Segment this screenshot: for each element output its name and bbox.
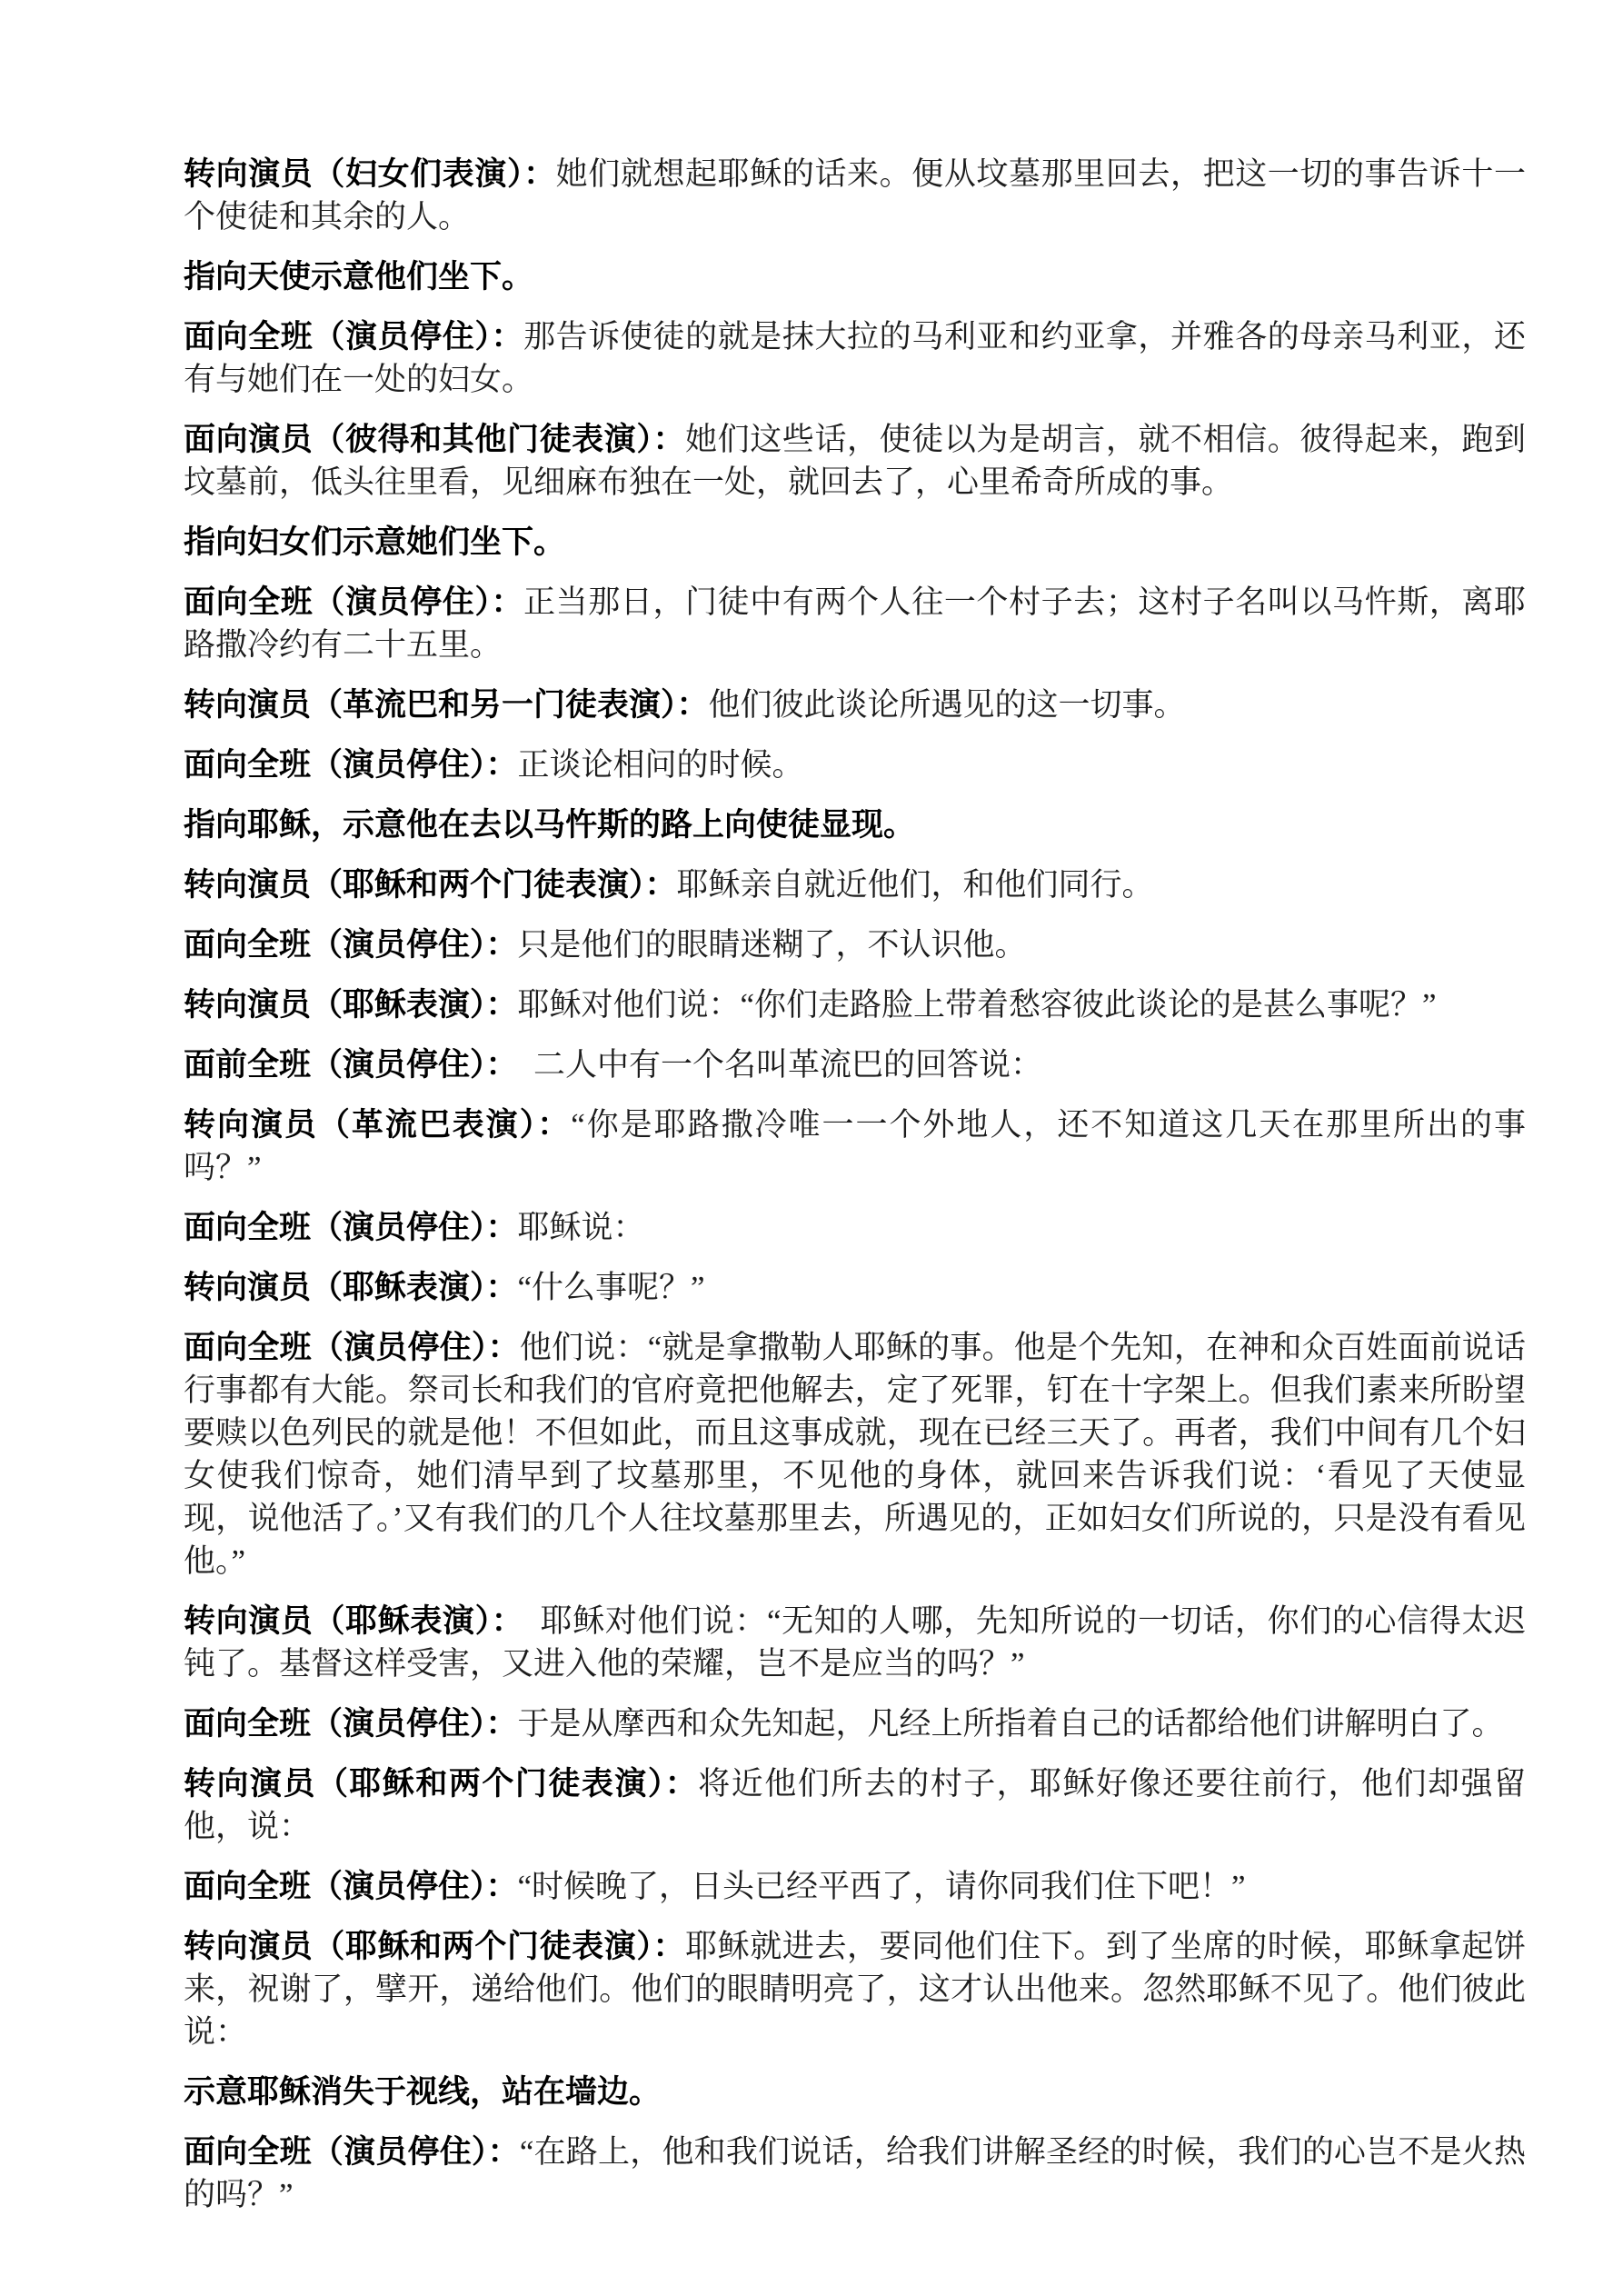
script-paragraph: 面向全班（演员停住）：“在路上，他和我们说话，给我们讲解圣经的时候，我们的心岂不… [184, 2131, 1526, 2216]
script-paragraph: 转向演员（耶稣表演）：“什么事呢？” [184, 1266, 1526, 1309]
cue-label: 转向演员（耶稣和两个门徒表演）： [184, 1766, 698, 1802]
cue-label: 面向全班（演员停住）： [184, 319, 523, 354]
cue-label: 面向全班（演员停住）： [184, 1869, 518, 1904]
script-paragraph: 转向演员（革流巴表演）：“你是耶路撒冷唯一一个外地人，还不知道这几天在那里所出的… [184, 1103, 1526, 1189]
script-paragraph: 面向全班（演员停住）：那告诉使徒的就是抹大拉的马利亚和约亚拿，并雅各的母亲马利亚… [184, 315, 1526, 401]
stage-direction-line: 示意耶稣消失于视线，站在墙边。 [184, 2071, 1526, 2113]
script-paragraph: 面向全班（演员停住）：只是他们的眼睛迷糊了，不认识他。 [184, 923, 1526, 966]
cue-label: 面向演员（彼得和其他门徒表演）： [184, 422, 685, 457]
cue-label: 转向演员（革流巴表演）： [184, 1107, 571, 1143]
narration-text: “什么事呢？” [518, 1270, 705, 1305]
script-paragraph: 面向全班（演员停住）：正谈论相问的时候。 [184, 744, 1526, 786]
script-paragraph: 转向演员（耶稣表演）： 耶稣对他们说：“无知的人哪，先知所说的一切话，你们的心信… [184, 1600, 1526, 1685]
cue-label: 转向演员（耶稣表演）： [184, 1603, 508, 1639]
document-page: 转向演员（妇女们表演）：她们就想起耶稣的话来。便从坟墓那里回去，把这一切的事告诉… [0, 0, 1623, 2296]
stage-direction-line: 指向天使示意他们坐下。 [184, 255, 1526, 298]
script-paragraph: 面向全班（演员停住）：“时候晚了，日头已经平西了，请你同我们住下吧！” [184, 1865, 1526, 1908]
stage-direction-text: 指向耶稣，示意他在去以马忤斯的路上向使徒显现。 [184, 807, 915, 843]
cue-label: 面向全班（演员停住）： [184, 1210, 518, 1245]
script-paragraph: 面前全班（演员停住）： 二人中有一个名叫革流巴的回答说： [184, 1043, 1526, 1086]
cue-label: 面向全班（演员停住）： [184, 2134, 520, 2170]
script-paragraph: 面向演员（彼得和其他门徒表演）：她们这些话，使徒以为是胡言，就不相信。彼得起来，… [184, 418, 1526, 504]
stage-direction-line: 指向耶稣，示意他在去以马忤斯的路上向使徒显现。 [184, 804, 1526, 846]
script-paragraph: 转向演员（耶稣和两个门徒表演）：将近他们所去的村子，耶稣好像还要往前行，他们却强… [184, 1762, 1526, 1848]
script-content: 转向演员（妇女们表演）：她们就想起耶稣的话来。便从坟墓那里回去，把这一切的事告诉… [184, 153, 1526, 2233]
cue-label: 转向演员（革流巴和另一门徒表演）： [184, 687, 709, 723]
cue-label: 转向演员（妇女们表演）： [184, 156, 556, 192]
script-paragraph: 面向全班（演员停住）：于是从摩西和众先知起，凡经上所指着自己的话都给他们讲解明白… [184, 1702, 1526, 1745]
cue-label: 面向全班（演员停住）： [184, 1330, 520, 1365]
stage-direction-line: 指向妇女们示意她们坐下。 [184, 521, 1526, 564]
narration-text: 于是从摩西和众先知起，凡经上所指着自己的话都给他们讲解明白了。 [518, 1706, 1504, 1742]
cue-label: 面向全班（演员停住）： [184, 927, 518, 963]
narration-text: 耶稣亲自就近他们，和他们同行。 [677, 867, 1154, 903]
cue-label: 面向全班（演员停住）： [184, 747, 518, 783]
script-paragraph: 转向演员（耶稣和两个门徒表演）：耶稣亲自就近他们，和他们同行。 [184, 863, 1526, 906]
script-paragraph: 转向演员（妇女们表演）：她们就想起耶稣的话来。便从坟墓那里回去，把这一切的事告诉… [184, 153, 1526, 238]
narration-text: 他们彼此谈论所遇见的这一切事。 [709, 687, 1186, 723]
script-paragraph: 转向演员（革流巴和另一门徒表演）：他们彼此谈论所遇见的这一切事。 [184, 684, 1526, 726]
narration-text: 耶稣说： [518, 1210, 645, 1245]
cue-label: 转向演员（耶稣和两个门徒表演）： [184, 867, 677, 903]
narration-text: 只是他们的眼睛迷糊了，不认识他。 [518, 927, 1027, 963]
cue-label: 面向全班（演员停住）： [184, 1706, 518, 1742]
cue-label: 面向全班（演员停住）： [184, 584, 523, 620]
cue-label: 面前全班（演员停住）： [184, 1047, 502, 1083]
narration-text: “时候晚了，日头已经平西了，请你同我们住下吧！” [518, 1869, 1246, 1904]
script-paragraph: 转向演员（耶稣表演）：耶稣对他们说：“你们走路脸上带着愁容彼此谈论的是甚么事呢？… [184, 983, 1526, 1026]
narration-text: 二人中有一个名叫革流巴的回答说： [502, 1047, 1042, 1083]
cue-label: 转向演员（耶稣表演）： [184, 1270, 518, 1305]
script-paragraph: 面向全班（演员停住）：他们说：“就是拿撒勒人耶稣的事。他是个先知，在神和众百姓面… [184, 1326, 1526, 1582]
stage-direction-text: 指向妇女们示意她们坐下。 [184, 524, 565, 560]
stage-direction-text: 示意耶稣消失于视线，站在墙边。 [184, 2074, 661, 2110]
cue-label: 转向演员（耶稣和两个门徒表演）： [184, 1929, 685, 1964]
script-paragraph: 转向演员（耶稣和两个门徒表演）：耶稣就进去，要同他们住下。到了坐席的时候，耶稣拿… [184, 1925, 1526, 2053]
cue-label: 转向演员（耶稣表演）： [184, 987, 518, 1023]
narration-text: 正谈论相问的时候。 [518, 747, 804, 783]
stage-direction-text: 指向天使示意他们坐下。 [184, 259, 533, 294]
narration-text: 耶稣对他们说：“你们走路脸上带着愁容彼此谈论的是甚么事呢？” [518, 987, 1437, 1023]
script-paragraph: 面向全班（演员停住）：正当那日，门徒中有两个人往一个村子去；这村子名叫以马忤斯，… [184, 581, 1526, 666]
narration-text: 他们说：“就是拿撒勒人耶稣的事。他是个先知，在神和众百姓面前说话行事都有大能。祭… [184, 1330, 1526, 1579]
script-paragraph: 面向全班（演员停住）：耶稣说： [184, 1206, 1526, 1249]
